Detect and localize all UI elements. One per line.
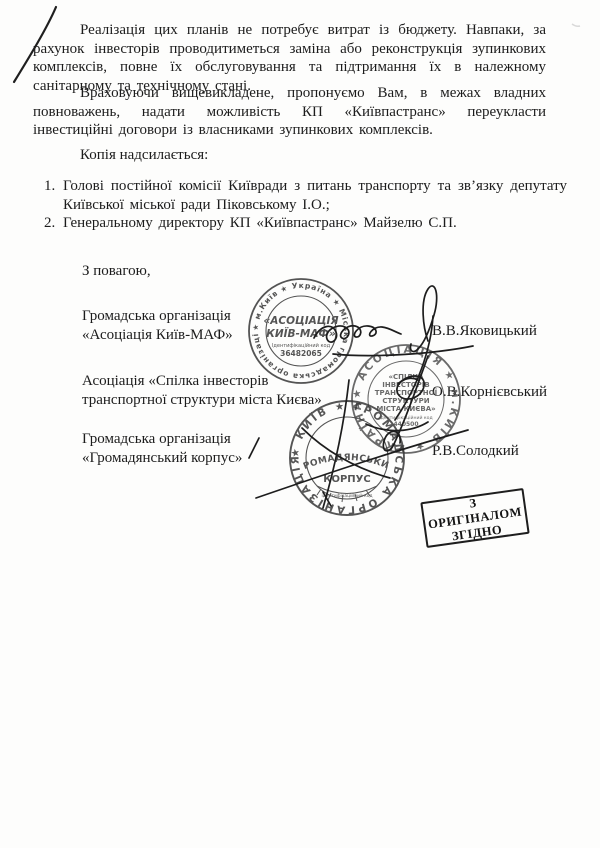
org-1-line-1: Громадська організація: [82, 308, 231, 324]
signatory-name-2: О.В.Корнієвський: [432, 384, 547, 401]
stamp3-code-label: ідентифікаційний код: [322, 492, 373, 499]
org-3-line-2: «Громадянський корпус»: [82, 450, 242, 466]
closing-salutation: З повагою,: [82, 263, 151, 280]
signatory-org-3: Громадська організація «Громадянський ко…: [82, 430, 332, 467]
stamp1-code-value: 36482065: [280, 349, 322, 358]
copies-heading: Копія надсилається:: [80, 146, 208, 165]
copies-list: Голові постійної комісії Київради з пита…: [40, 177, 567, 233]
stamp2-line4: СТРУКТУРИ: [382, 397, 429, 405]
stamp2-code-value: 440500: [393, 421, 418, 428]
signatory-name-1: В.В.Яковицький: [432, 323, 537, 340]
org-2-line-1: Асоціація «Спілка інвесторів: [82, 373, 268, 389]
stamp3-title-line2: КОРПУС: [323, 474, 370, 485]
org-1-line-2: «Асоціація Київ-МАФ»: [82, 327, 233, 343]
copy-list-item-2: Генеральному директору КП «Київпастранс»…: [61, 214, 567, 233]
signatory-name-3: Р.В.Солодкий: [432, 443, 519, 460]
stamp2-code-label: ідентифікаційний код: [379, 414, 432, 421]
signatory-org-2: Асоціація «Спілка інвесторів транспортно…: [82, 372, 332, 409]
org-3-line-1: Громадська організація: [82, 431, 231, 447]
scanned-letter-page: Реалізація цих планів не потребує витрат…: [0, 0, 600, 848]
body-paragraph-2: Враховуючи вищевикладене, пропонуємо Вам…: [33, 84, 546, 140]
certification-stamp: З ОРИГІНАЛОМ ЗГІДНО: [420, 488, 529, 548]
stamp2-line1: «СПІЛКА: [388, 373, 424, 381]
scan-artifact: [572, 24, 580, 26]
copy-list-item-1: Голові постійної комісії Київради з пита…: [61, 177, 567, 214]
stamp2-line5: МІСТА КИЄВА»: [376, 405, 435, 413]
signature-korniievskyi: [366, 356, 428, 451]
org-2-line-2: транспортної структури міста Києва»: [82, 392, 322, 408]
stamp2-line3: ТРАНСПОРТНОЇ: [375, 388, 438, 397]
laurel-wreath: [317, 486, 377, 502]
stamp2-line2: ІНВЕСТОРІВ: [382, 381, 430, 389]
signatory-org-1: Громадська організація «Асоціація Київ-М…: [82, 307, 332, 344]
